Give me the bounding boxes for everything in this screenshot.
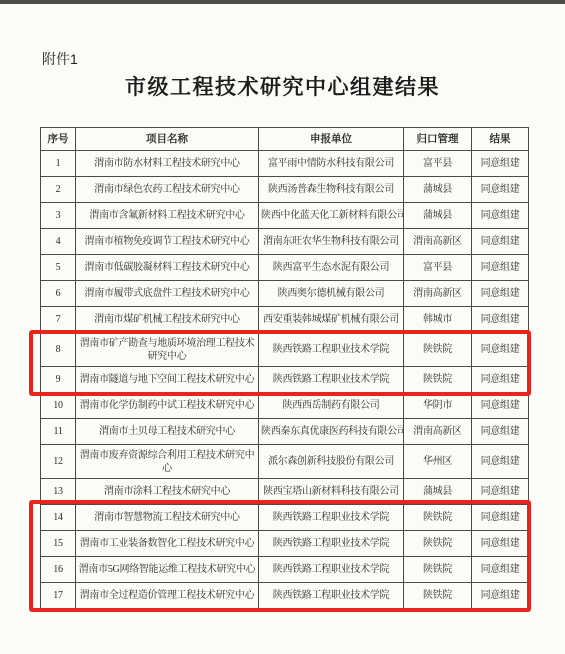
row-index-cell: 17 [41,583,76,609]
table-row: 6渭南市履带式底盘件工程技术研究中心陕西奥尔德机械有限公司渭南高新区同意组建 [41,281,529,307]
management-cell: 蒲城县 [404,203,472,229]
applicant-cell: 陕西富平生态水泥有限公司 [259,255,404,281]
result-cell: 同意组建 [472,393,529,419]
row-index-cell: 13 [41,479,76,505]
result-cell: 同意组建 [472,333,529,367]
row-index-cell: 12 [41,445,76,479]
applicant-cell: 陕西铁路工程职业技术学院 [259,557,404,583]
result-cell: 同意组建 [472,557,529,583]
applicant-cell: 西安重装韩城煤矿机械有限公司 [259,307,404,333]
project-name-cell: 渭南市含氟新材料工程技术研究中心 [76,203,259,229]
row-index-cell: 5 [41,255,76,281]
management-cell: 富平县 [404,151,472,177]
project-name-cell: 渭南市土贝母工程技术研究中心 [76,419,259,445]
row-index-cell: 14 [41,505,76,531]
table-row: 5渭南市低碳胶凝材料工程技术研究中心陕西富平生态水泥有限公司富平县同意组建 [41,255,529,281]
col-header-result: 结果 [472,128,529,151]
row-index-cell: 3 [41,203,76,229]
table-row: 1渭南市防水材料工程技术研究中心富平雨中情防水科技有限公司富平县同意组建 [41,151,529,177]
applicant-cell: 渭南东旺农华生物科技有限公司 [259,229,404,255]
applicant-cell: 陕西铁路工程职业技术学院 [259,333,404,367]
management-cell: 陕铁院 [404,333,472,367]
management-cell: 华州区 [404,445,472,479]
table-row: 11渭南市土贝母工程技术研究中心陕西秦东真优康医药科技有限公司渭南高新区同意组建 [41,419,529,445]
row-index-cell: 9 [41,367,76,393]
management-cell: 蒲城县 [404,479,472,505]
col-header-no: 序号 [41,128,76,151]
applicant-cell: 陕西铁路工程职业技术学院 [259,531,404,557]
applicant-cell: 陕西西岳制药有限公司 [259,393,404,419]
table-row: 7渭南市煤矿机械工程技术研究中心西安重装韩城煤矿机械有限公司韩城市同意组建 [41,307,529,333]
management-cell: 富平县 [404,255,472,281]
results-table: 序号 项目名称 申报单位 归口管理 结果 1渭南市防水材料工程技术研究中心富平雨… [40,127,529,609]
table-header-row: 序号 项目名称 申报单位 归口管理 结果 [41,128,529,151]
result-cell: 同意组建 [472,583,529,609]
applicant-cell: 陕西汤普森生物科技有限公司 [259,177,404,203]
result-cell: 同意组建 [472,307,529,333]
management-cell: 蒲城县 [404,177,472,203]
row-index-cell: 2 [41,177,76,203]
applicant-cell: 陕西铁路工程职业技术学院 [259,583,404,609]
table-row: 17渭南市全过程造价管理工程技术研究中心陕西铁路工程职业技术学院陕铁院同意组建 [41,583,529,609]
result-cell: 同意组建 [472,229,529,255]
table-row: 13渭南市涂料工程技术研究中心陕西宝塔山新材料科技有限公司蒲城县同意组建 [41,479,529,505]
table-row: 8渭南市矿产勘查与地质环境治理工程技术研究中心陕西铁路工程职业技术学院陕铁院同意… [41,333,529,367]
project-name-cell: 渭南市防水材料工程技术研究中心 [76,151,259,177]
applicant-cell: 陕西铁路工程职业技术学院 [259,505,404,531]
col-header-project-name: 项目名称 [76,128,259,151]
project-name-cell: 渭南市工业装备数智化工程技术研究中心 [76,531,259,557]
project-name-cell: 渭南市智慧物流工程技术研究中心 [76,505,259,531]
table-row: 10渭南市化学仿制药中试工程技术研究中心陕西西岳制药有限公司华阴市同意组建 [41,393,529,419]
project-name-cell: 渭南市废弃资源综合利用工程技术研究中心 [76,445,259,479]
row-index-cell: 6 [41,281,76,307]
row-index-cell: 8 [41,333,76,367]
col-header-applicant: 申报单位 [259,128,404,151]
row-index-cell: 7 [41,307,76,333]
management-cell: 渭南高新区 [404,281,472,307]
applicant-cell: 陕西宝塔山新材料科技有限公司 [259,479,404,505]
management-cell: 陕铁院 [404,531,472,557]
management-cell: 渭南高新区 [404,229,472,255]
table-row: 9渭南市隧道与地下空间工程技术研究中心陕西铁路工程职业技术学院陕铁院同意组建 [41,367,529,393]
row-index-cell: 15 [41,531,76,557]
document-page: 附件1 市级工程技术研究中心组建结果 序号 项目名称 申报单位 归口管理 结果 … [0,0,565,654]
row-index-cell: 16 [41,557,76,583]
project-name-cell: 渭南市煤矿机械工程技术研究中心 [76,307,259,333]
row-index-cell: 4 [41,229,76,255]
management-cell: 渭南高新区 [404,419,472,445]
scan-edge-bar [0,0,565,4]
result-cell: 同意组建 [472,203,529,229]
table-row: 15渭南市工业装备数智化工程技术研究中心陕西铁路工程职业技术学院陕铁院同意组建 [41,531,529,557]
management-cell: 韩城市 [404,307,472,333]
management-cell: 陕铁院 [404,367,472,393]
management-cell: 陕铁院 [404,583,472,609]
applicant-cell: 陕西铁路工程职业技术学院 [259,367,404,393]
applicant-cell: 陕西中化蓝天化工新材料有限公司 [259,203,404,229]
table-row: 12渭南市废弃资源综合利用工程技术研究中心派尔森创新科技股份有限公司华州区同意组… [41,445,529,479]
project-name-cell: 渭南市植物免疫调节工程技术研究中心 [76,229,259,255]
management-cell: 华阴市 [404,393,472,419]
applicant-cell: 陕西秦东真优康医药科技有限公司 [259,419,404,445]
result-cell: 同意组建 [472,255,529,281]
table-row: 4渭南市植物免疫调节工程技术研究中心渭南东旺农华生物科技有限公司渭南高新区同意组… [41,229,529,255]
management-cell: 陕铁院 [404,505,472,531]
applicant-cell: 富平雨中情防水科技有限公司 [259,151,404,177]
row-index-cell: 11 [41,419,76,445]
project-name-cell: 渭南市隧道与地下空间工程技术研究中心 [76,367,259,393]
result-cell: 同意组建 [472,281,529,307]
project-name-cell: 渭南市绿色农药工程技术研究中心 [76,177,259,203]
table-row: 2渭南市绿色农药工程技术研究中心陕西汤普森生物科技有限公司蒲城县同意组建 [41,177,529,203]
project-name-cell: 渭南市5G网络智能运维工程技术研究中心 [76,557,259,583]
project-name-cell: 渭南市履带式底盘件工程技术研究中心 [76,281,259,307]
result-cell: 同意组建 [472,367,529,393]
result-cell: 同意组建 [472,479,529,505]
result-cell: 同意组建 [472,419,529,445]
table-row: 16渭南市5G网络智能运维工程技术研究中心陕西铁路工程职业技术学院陕铁院同意组建 [41,557,529,583]
project-name-cell: 渭南市矿产勘查与地质环境治理工程技术研究中心 [76,333,259,367]
management-cell: 陕铁院 [404,557,472,583]
col-header-management: 归口管理 [404,128,472,151]
project-name-cell: 渭南市化学仿制药中试工程技术研究中心 [76,393,259,419]
table-row: 14渭南市智慧物流工程技术研究中心陕西铁路工程职业技术学院陕铁院同意组建 [41,505,529,531]
project-name-cell: 渭南市低碳胶凝材料工程技术研究中心 [76,255,259,281]
attachment-label: 附件1 [42,49,78,69]
project-name-cell: 渭南市涂料工程技术研究中心 [76,479,259,505]
result-cell: 同意组建 [472,445,529,479]
row-index-cell: 1 [41,151,76,177]
result-cell: 同意组建 [472,505,529,531]
page-title: 市级工程技术研究中心组建结果 [0,71,565,101]
result-cell: 同意组建 [472,151,529,177]
applicant-cell: 派尔森创新科技股份有限公司 [259,445,404,479]
row-index-cell: 10 [41,393,76,419]
result-cell: 同意组建 [472,177,529,203]
table-row: 3渭南市含氟新材料工程技术研究中心陕西中化蓝天化工新材料有限公司蒲城县同意组建 [41,203,529,229]
project-name-cell: 渭南市全过程造价管理工程技术研究中心 [76,583,259,609]
applicant-cell: 陕西奥尔德机械有限公司 [259,281,404,307]
result-cell: 同意组建 [472,531,529,557]
